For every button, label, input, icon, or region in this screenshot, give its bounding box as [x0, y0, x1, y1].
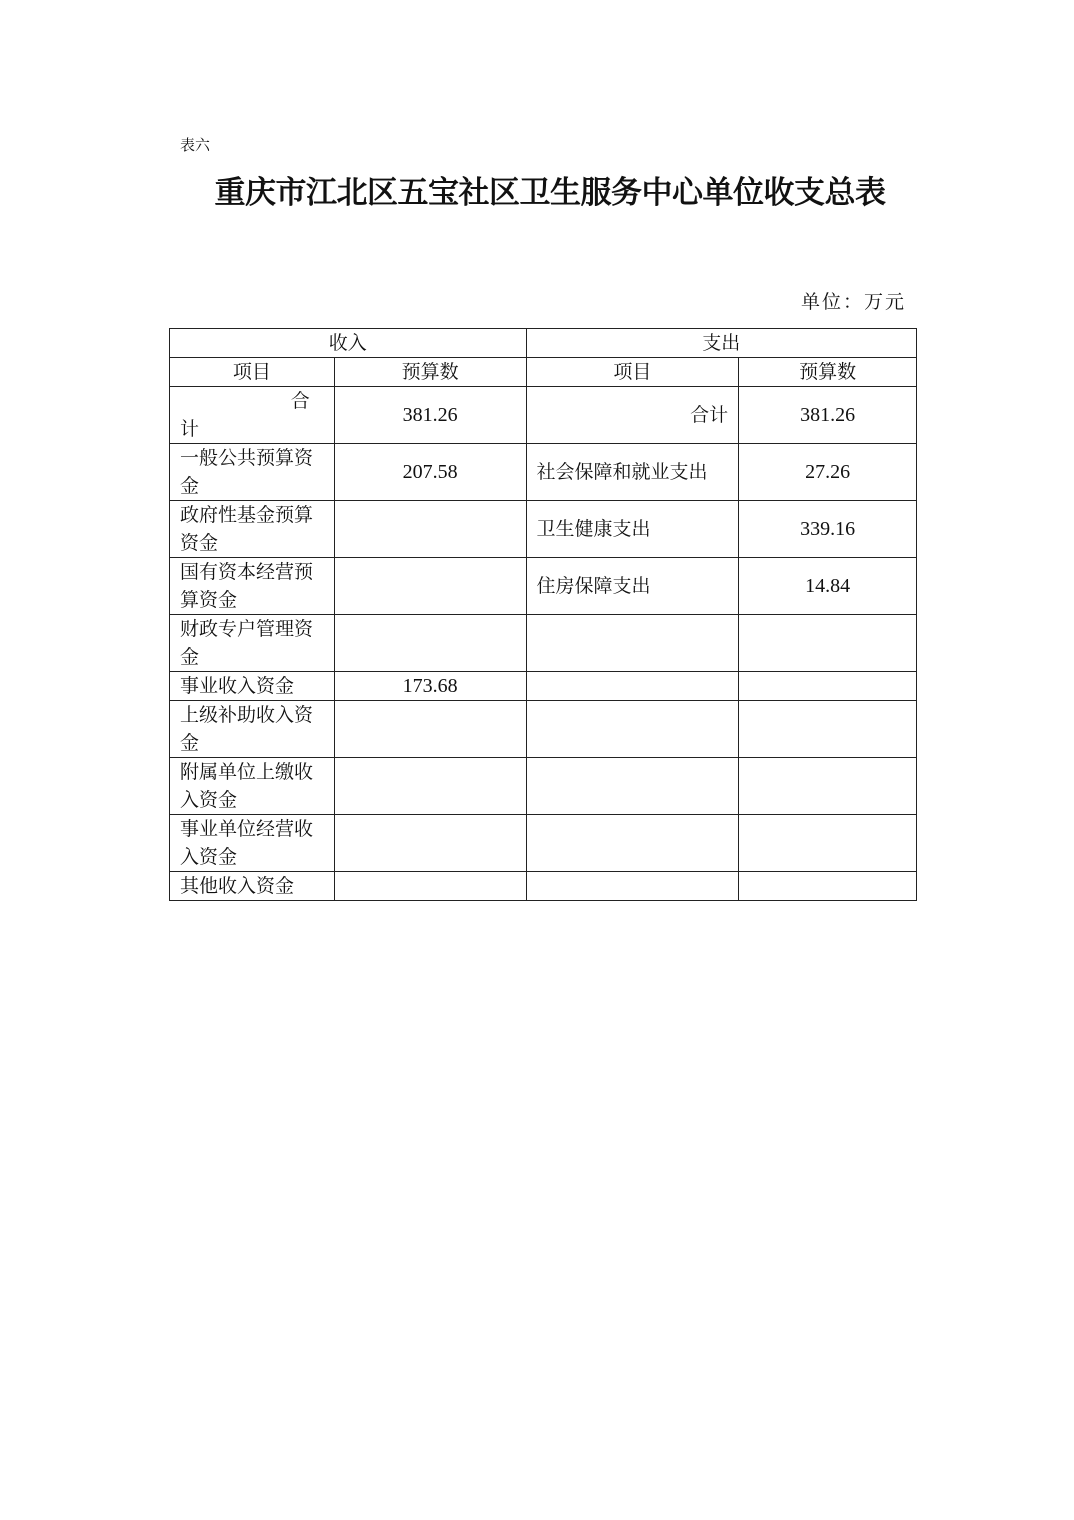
income-budget	[334, 615, 526, 672]
income-budget-header: 预算数	[334, 358, 526, 387]
income-total-label: 合计	[170, 387, 335, 444]
page-title: 重庆市江北区五宝社区卫生服务中心单位收支总表	[190, 166, 910, 220]
exp-item	[526, 815, 739, 872]
exp-item	[526, 701, 739, 758]
exp-item: 卫生健康支出	[526, 501, 739, 558]
income-item: 政府性基金预算资金	[170, 501, 335, 558]
income-item: 一般公共预算资金	[170, 444, 335, 501]
income-group-header: 收入	[170, 329, 527, 358]
exp-total-label: 合计	[526, 387, 739, 444]
exp-budget: 27.26	[739, 444, 917, 501]
expenditure-group-header: 支出	[526, 329, 916, 358]
table-row: 事业单位经营收入资金	[170, 815, 917, 872]
exp-item	[526, 872, 739, 901]
table-row: 国有资本经营预算资金 住房保障支出 14.84	[170, 558, 917, 615]
income-budget	[334, 558, 526, 615]
table-row: 事业收入资金 173.68	[170, 672, 917, 701]
income-budget	[334, 501, 526, 558]
exp-budget: 14.84	[739, 558, 917, 615]
income-item: 其他收入资金	[170, 872, 335, 901]
exp-item: 住房保障支出	[526, 558, 739, 615]
table-row: 上级补助收入资金	[170, 701, 917, 758]
income-item: 财政专户管理资金	[170, 615, 335, 672]
exp-item-header: 项目	[526, 358, 739, 387]
exp-budget	[739, 615, 917, 672]
income-expenditure-table: 收入 支出 项目 预算数 项目 预算数 合计 381.26 合计 381.26 …	[169, 328, 917, 901]
table-row: 其他收入资金	[170, 872, 917, 901]
total-row: 合计 381.26 合计 381.26	[170, 387, 917, 444]
income-budget: 173.68	[334, 672, 526, 701]
table-label: 表六	[180, 134, 210, 155]
exp-budget	[739, 815, 917, 872]
column-header-row: 项目 预算数 项目 预算数	[170, 358, 917, 387]
income-item: 事业收入资金	[170, 672, 335, 701]
table-row: 政府性基金预算资金 卫生健康支出 339.16	[170, 501, 917, 558]
income-budget: 207.58	[334, 444, 526, 501]
income-budget	[334, 815, 526, 872]
exp-budget	[739, 672, 917, 701]
exp-budget: 339.16	[739, 501, 917, 558]
exp-item	[526, 758, 739, 815]
exp-budget	[739, 758, 917, 815]
exp-budget	[739, 872, 917, 901]
table-row: 一般公共预算资金 207.58 社会保障和就业支出 27.26	[170, 444, 917, 501]
table-row: 财政专户管理资金	[170, 615, 917, 672]
group-header-row: 收入 支出	[170, 329, 917, 358]
income-total-value: 381.26	[334, 387, 526, 444]
exp-item	[526, 615, 739, 672]
exp-budget	[739, 701, 917, 758]
table-row: 附属单位上缴收入资金	[170, 758, 917, 815]
income-budget	[334, 758, 526, 815]
income-item: 上级补助收入资金	[170, 701, 335, 758]
exp-item	[526, 672, 739, 701]
exp-total-value: 381.26	[739, 387, 917, 444]
income-item-header: 项目	[170, 358, 335, 387]
income-item: 事业单位经营收入资金	[170, 815, 335, 872]
income-budget	[334, 701, 526, 758]
income-item: 附属单位上缴收入资金	[170, 758, 335, 815]
income-item: 国有资本经营预算资金	[170, 558, 335, 615]
exp-budget-header: 预算数	[739, 358, 917, 387]
exp-item: 社会保障和就业支出	[526, 444, 739, 501]
unit-label: 单位：万元	[801, 287, 906, 314]
income-budget	[334, 872, 526, 901]
